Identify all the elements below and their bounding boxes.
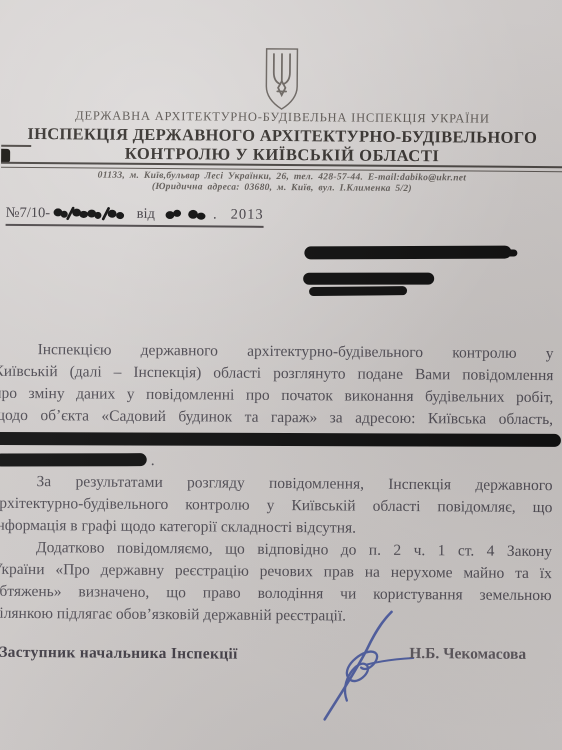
redaction-bar-addressee-3 [309,286,407,296]
handwritten-signature-icon [313,606,418,725]
reference-period: . [213,206,217,223]
redaction-bar-body-partial: . [0,449,553,475]
signer-name: Н.Б. Чекомасова [409,645,526,664]
ukraine-trident-emblem-icon [259,46,306,112]
letter-sheet: ДЕРЖАВНА АРХІТЕКТУРНО-БУДІВЕЛЬНА ІНСПЕКЦ… [0,0,562,750]
reference-year: 2013 [231,206,264,223]
body-line: ділянкою підлягає обов’язковій державній… [0,603,552,629]
document-photo: ДЕРЖАВНА АРХІТЕКТУРНО-БУДІВЕЛЬНА ІНСПЕКЦ… [0,0,562,750]
redaction-bar-addressee-1 [304,246,511,260]
redaction-scribble-date [165,206,211,223]
reference-prefix: №7/10- [6,204,51,221]
body-line: . [151,450,155,472]
redaction-scribble-number [53,205,128,223]
redaction-bar-addressee-2 [303,273,434,285]
signer-position-title: Заступник начальника Інспекції [0,644,238,664]
reference-date-word: від [137,205,155,222]
letter-body: Інспекцією державного архітектурно-будів… [0,339,554,629]
reference-number-row: №7/10- від . 2013 [6,202,264,228]
